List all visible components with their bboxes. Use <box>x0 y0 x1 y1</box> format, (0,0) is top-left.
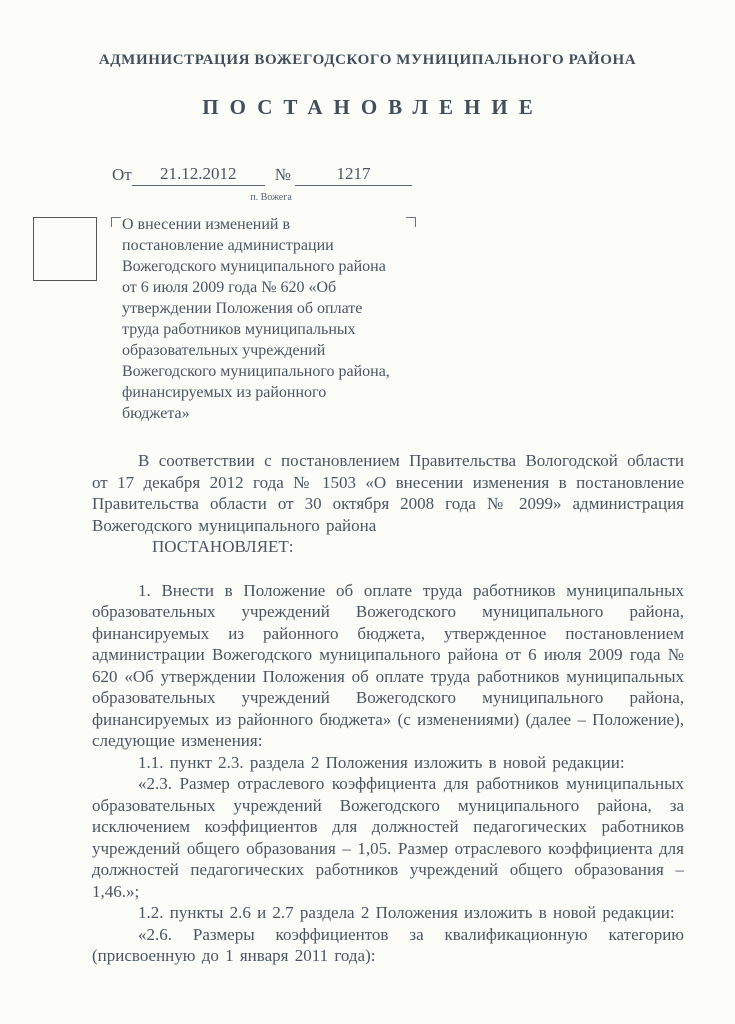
document-type-title: ПОСТАНОВЛЕНИЕ <box>0 95 735 120</box>
paragraph-preamble: В соответствии с постановлением Правител… <box>92 450 684 536</box>
paragraph-item-1-1: 1.1. пункт 2.3. раздела 2 Положения изло… <box>92 752 684 774</box>
scanned-document-page: АДМИНИСТРАЦИЯ ВОЖЕГОДСКОГО МУНИЦИПАЛЬНОГ… <box>0 0 735 1024</box>
organization-name: АДМИНИСТРАЦИЯ ВОЖЕГОДСКОГО МУНИЦИПАЛЬНОГ… <box>0 0 735 69</box>
paragraph-item-1-2: 1.2. пункты 2.6 и 2.7 раздела 2 Положени… <box>92 902 684 924</box>
subject-line: финансируемых из районного <box>122 382 422 403</box>
corner-mark-left-icon <box>111 217 121 227</box>
subject-line: образовательных учреждений <box>122 340 422 361</box>
subject-line: О внесении изменений в <box>122 214 422 235</box>
number-value: 1217 <box>336 164 370 183</box>
date-field: 21.12.2012 <box>132 164 265 186</box>
subject-line: постановление администрации <box>122 235 422 256</box>
subject-line: Вожегодского муниципального района <box>122 256 422 277</box>
subject-line: от 6 июля 2009 года № 620 «Об <box>122 277 422 298</box>
document-body: В соответствии с постановлением Правител… <box>92 450 684 967</box>
paragraph-resolves: ПОСТАНОВЛЯЕТ: <box>92 536 684 558</box>
number-field: 1217 <box>295 164 412 186</box>
date-label: От <box>112 165 132 186</box>
number-label: № <box>275 165 291 186</box>
date-value: 21.12.2012 <box>160 164 237 183</box>
stamp-box <box>33 217 97 281</box>
date-number-line: От 21.12.2012 № 1217 <box>112 162 735 186</box>
place-name: п. Вожега <box>196 192 346 203</box>
subject-line: труда работников муниципальных <box>122 319 422 340</box>
subject-line: бюджета» <box>122 403 422 424</box>
subject-line: Вожегодского муниципального района, <box>122 361 422 382</box>
paragraph-quote-2-6: «2.6. Размеры коэффициентов за квалифика… <box>92 924 684 967</box>
subject-line: утверждении Положения об оплате <box>122 298 422 319</box>
paragraph-item-1: 1. Внести в Положение об оплате труда ра… <box>92 580 684 752</box>
corner-mark-right-icon <box>406 217 416 227</box>
paragraph-quote-2-3: «2.3. Размер отраслевого коэффициента дл… <box>92 773 684 902</box>
subject-block: О внесении изменений в постановление адм… <box>122 214 422 424</box>
